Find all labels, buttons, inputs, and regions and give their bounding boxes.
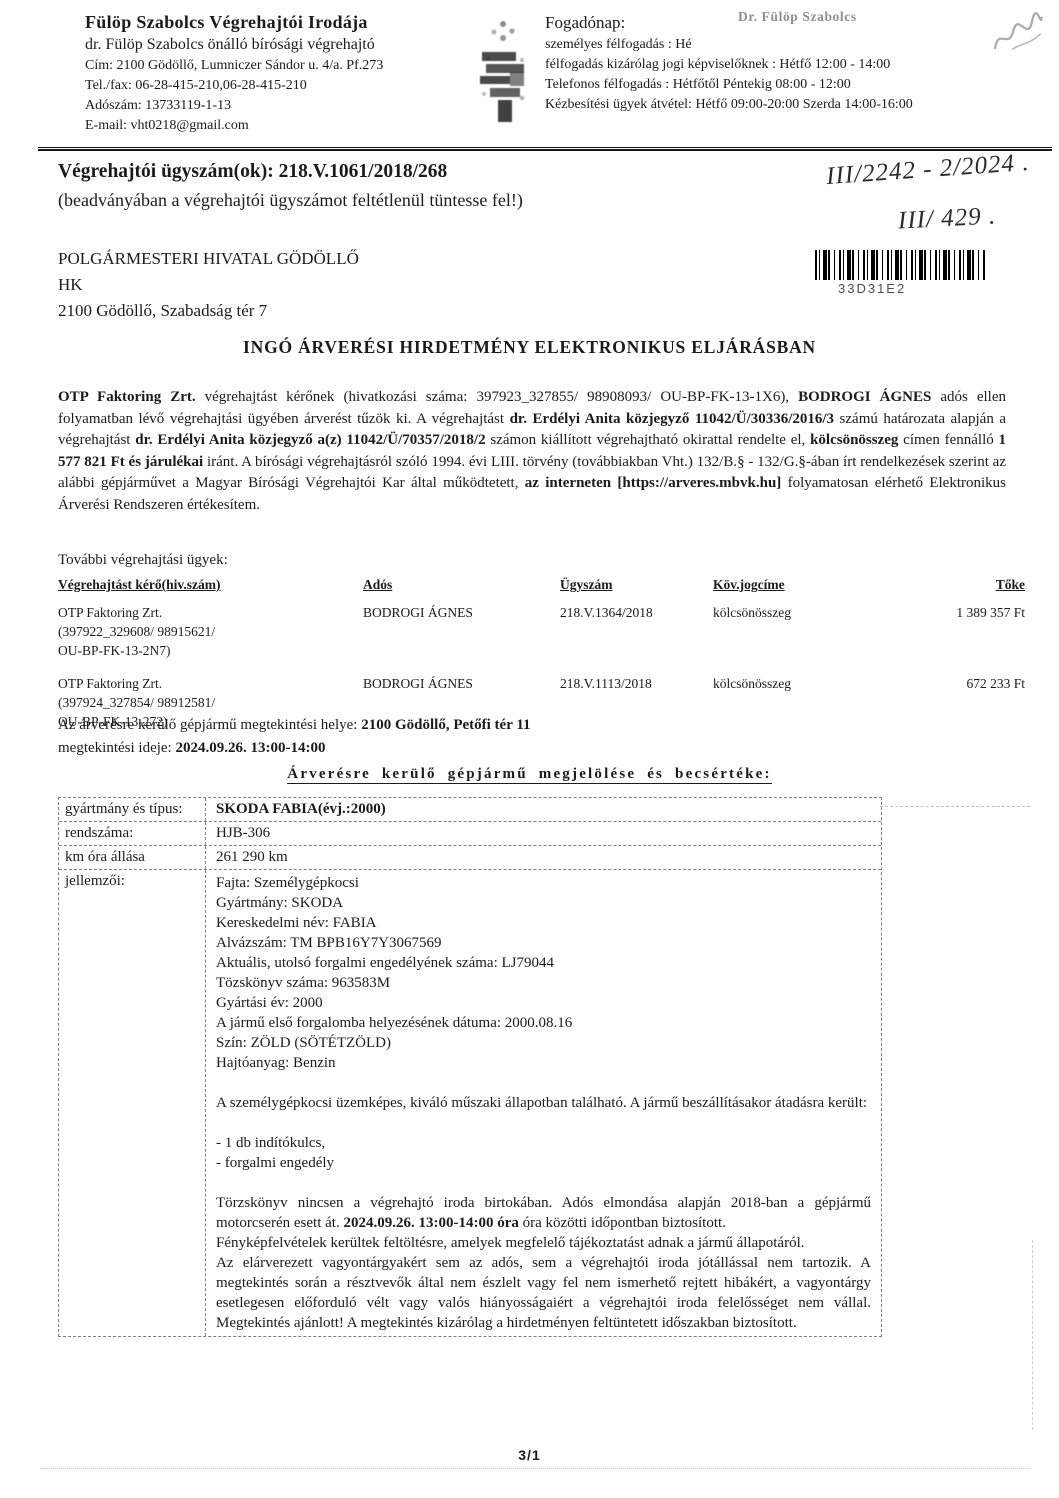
spec-line: Alvázszám: TM BPB16Y7Y3067569	[216, 933, 871, 953]
vehicle-row-features: jellemzői: Fajta: Személygépkocsi Gyártm…	[59, 870, 881, 1336]
blank-line	[216, 1073, 871, 1093]
handed-item: - 1 db indítókulcs,	[216, 1133, 871, 1153]
intro-paragraph: OTP Faktoring Zrt. végrehajtást kérőnek …	[58, 387, 1006, 517]
page-number: 3/1	[0, 1447, 1059, 1463]
spec-line: Hajtóanyag: Benzin	[216, 1053, 871, 1073]
reception-hours-block: Fogadónap: személyes félfogadás : Hé fél…	[545, 13, 1015, 113]
notary-decision-ref: dr. Erdélyi Anita közjegyző 11042/Ü/3033…	[510, 411, 834, 427]
claim-type: kölcsönösszeg	[810, 432, 898, 448]
faint-stamp-name: Dr. Fülöp Szabolcs	[738, 9, 857, 25]
viewing-time-label: megtekintési ideje:	[58, 740, 175, 756]
viewing-place-line: Az árverésre kerülő gépjármű megtekintés…	[58, 717, 531, 734]
spec-line: Szín: ZÖLD (SÖTÉTZÖLD)	[216, 1033, 871, 1053]
spec-line: Kereskedelmi név: FABIA	[216, 913, 871, 933]
viewing-time-line: megtekintési ideje: 2024.09.26. 13:00-14…	[58, 740, 325, 757]
plate-value: HJB-306	[206, 822, 881, 845]
vehicle-section-heading: Árverésre kerülő gépjármű megjelölése és…	[0, 766, 1059, 783]
column-header-claim-type: Köv.jogcíme	[713, 577, 865, 601]
row2-claim-type: kölcsönösszeg	[713, 660, 865, 731]
vehicle-row-plate: rendszáma: HJB-306	[59, 822, 881, 846]
creditor-name: OTP Faktoring Zrt.	[58, 389, 196, 405]
row1-creditor-ref2: OU-BP-FK-13-2N7)	[58, 641, 363, 660]
viewing-place-label: Az árverésre kerülő gépjármű megtekintés…	[58, 717, 361, 733]
document-title: INGÓ ÁRVERÉSI HIRDETMÉNY ELEKTRONIKUS EL…	[0, 337, 1059, 358]
viewing-time-value: 2024.09.26. 13:00-14:00	[175, 740, 325, 756]
make-type-value: SKODA FABIA(évj.:2000)	[206, 798, 881, 821]
vehicle-table: gyártmány és típus: SKODA FABIA(évj.:200…	[58, 797, 882, 1337]
scanned-auction-notice-page: Fülöp Szabolcs Végrehajtói Irodája dr. F…	[0, 0, 1059, 1498]
header-divider	[38, 147, 1052, 151]
registry-seg: óra közötti időpontban biztosított.	[519, 1215, 726, 1231]
addressee-block: POLGÁRMESTERI HIVATAL GÖDÖLLŐ HK 2100 Gö…	[58, 246, 578, 324]
intro-seg: végrehajtást kérőnek (hivatkozási száma:…	[196, 389, 798, 405]
other-cases-table: Végrehajtást kérő(hiv.szám) Adós Ügyszám…	[58, 577, 1025, 731]
handwritten-note-1: III/2242 - 2/2024 .	[825, 149, 1030, 191]
blank-line	[216, 1113, 871, 1133]
column-header-debtor: Adós	[363, 577, 560, 601]
odometer-label: km óra állása	[59, 846, 206, 869]
office-tax-id: Adószám: 13733119-1-13	[85, 98, 505, 114]
make-type-label: gyártmány és típus:	[59, 798, 206, 821]
barcode	[815, 250, 985, 280]
vehicle-row-odometer: km óra állása 261 290 km	[59, 846, 881, 870]
handed-item: - forgalmi engedély	[216, 1153, 871, 1173]
reception-line-delivery: Kézbesítési ügyek átvétel: Hétfő 09:00-2…	[545, 97, 1015, 113]
addressee-line3: 2100 Gödöllő, Szabadság tér 7	[58, 298, 578, 324]
case-number-note: (beadványában a végrehajtói ügyszámot fe…	[58, 190, 523, 211]
office-seal-icon	[476, 14, 530, 130]
row2-creditor: OTP Faktoring Zrt.	[58, 674, 363, 693]
row1-creditor-ref1: (397922_329608/ 98915621/	[58, 622, 363, 641]
features-content: Fajta: Személygépkocsi Gyártmány: SKODA …	[206, 870, 881, 1336]
scan-artifact-line	[1032, 1240, 1033, 1430]
debtor-name: BODROGI ÁGNES	[798, 389, 931, 405]
spec-line: A jármű első forgalomba helyezésének dát…	[216, 1013, 871, 1033]
addressee-line2: HK	[58, 272, 578, 298]
photos-paragraph: Fényképfelvételek kerültek feltöltésre, …	[216, 1233, 871, 1253]
scan-artifact-line	[40, 1468, 1030, 1469]
handwritten-note-2: III/ 429 .	[897, 202, 997, 235]
column-header-principal: Tőke	[865, 577, 1025, 601]
reception-line-legal: félfogadás kizárólag jogi képviselőknek …	[545, 57, 1015, 73]
other-cases-heading: További végrehajtási ügyek:	[58, 552, 228, 569]
features-label: jellemzői:	[59, 870, 206, 1336]
column-header-case-no: Ügyszám	[560, 577, 713, 601]
reception-line-phone: Telefonos félfogadás : Hétfőtől Péntekig…	[545, 77, 1015, 93]
row1-case-no: 218.V.1364/2018	[560, 601, 713, 660]
registry-paragraph: Törzskönyv nincsen a végrehajtó iroda bi…	[216, 1193, 871, 1233]
blank-line	[216, 1173, 871, 1193]
row1-debtor: BODROGI ÁGNES	[363, 601, 560, 660]
signature-icon	[987, 9, 1049, 58]
officer-name: dr. Fülöp Szabolcs önálló bírósági végre…	[85, 36, 505, 54]
reception-line-personal: személyes félfogadás : Hé	[545, 37, 1015, 53]
spec-line: Gyártási év: 2000	[216, 993, 871, 1013]
row2-case-no: 218.V.1113/2018	[560, 660, 713, 731]
spec-line: Gyártmány: SKODA	[216, 893, 871, 913]
letterhead-office-block: Fülöp Szabolcs Végrehajtói Irodája dr. F…	[85, 12, 505, 134]
office-email: E-mail: vht0218@gmail.com	[85, 118, 505, 134]
intro-seg: számon kiállított végrehajtható okiratta…	[486, 432, 811, 448]
auction-site-url: az interneten [https://arveres.mbvk.hu]	[525, 475, 782, 491]
registry-date: 2024.09.26. 13:00-14:00 óra	[343, 1215, 518, 1231]
row2-principal: 672 233 Ft	[865, 660, 1025, 731]
viewing-place-value: 2100 Gödöllő, Petőfi tér 11	[361, 717, 530, 733]
office-address: Cím: 2100 Gödöllő, Lumniczer Sándor u. 4…	[85, 58, 505, 74]
spec-line: Tözskönyv száma: 963583M	[216, 973, 871, 993]
office-name: Fülöp Szabolcs Végrehajtói Irodája	[85, 12, 505, 33]
office-phone: Tel./fax: 06-28-415-210,06-28-415-210	[85, 78, 505, 94]
column-header-creditor: Végrehajtást kérő(hiv.szám)	[58, 577, 363, 601]
barcode-text: 33D31E2	[838, 281, 906, 296]
row2-creditor-ref1: (397924_327854/ 98912581/	[58, 693, 363, 712]
row1-principal: 1 389 357 Ft	[865, 601, 1025, 660]
spec-line: Fajta: Személygépkocsi	[216, 873, 871, 893]
odometer-value: 261 290 km	[206, 846, 881, 869]
condition-paragraph: A személygépkocsi üzemképes, kiváló műsz…	[216, 1093, 871, 1113]
notary-deed-ref: dr. Erdélyi Anita közjegyző a(z) 11042/Ü…	[135, 432, 485, 448]
plate-label: rendszáma:	[59, 822, 206, 845]
row1-creditor: OTP Faktoring Zrt.	[58, 603, 363, 622]
spec-line: Aktuális, utolsó forgalmi engedélyének s…	[216, 953, 871, 973]
row1-claim-type: kölcsönösszeg	[713, 601, 865, 660]
liability-paragraph: Az elárverezett vagyontárgyakért sem az …	[216, 1253, 871, 1333]
scan-artifact-line	[880, 806, 1030, 807]
case-number-line: Végrehajtói ügyszám(ok): 218.V.1061/2018…	[58, 161, 447, 183]
table-row: OTP Faktoring Zrt. (397922_329608/ 98915…	[58, 601, 363, 660]
addressee-name: POLGÁRMESTERI HIVATAL GÖDÖLLŐ	[58, 246, 578, 272]
vehicle-section-heading-text: Árverésre kerülő gépjármű megjelölése és…	[287, 766, 771, 784]
intro-seg: címen fennálló	[898, 432, 998, 448]
vehicle-row-make: gyártmány és típus: SKODA FABIA(évj.:200…	[59, 798, 881, 822]
